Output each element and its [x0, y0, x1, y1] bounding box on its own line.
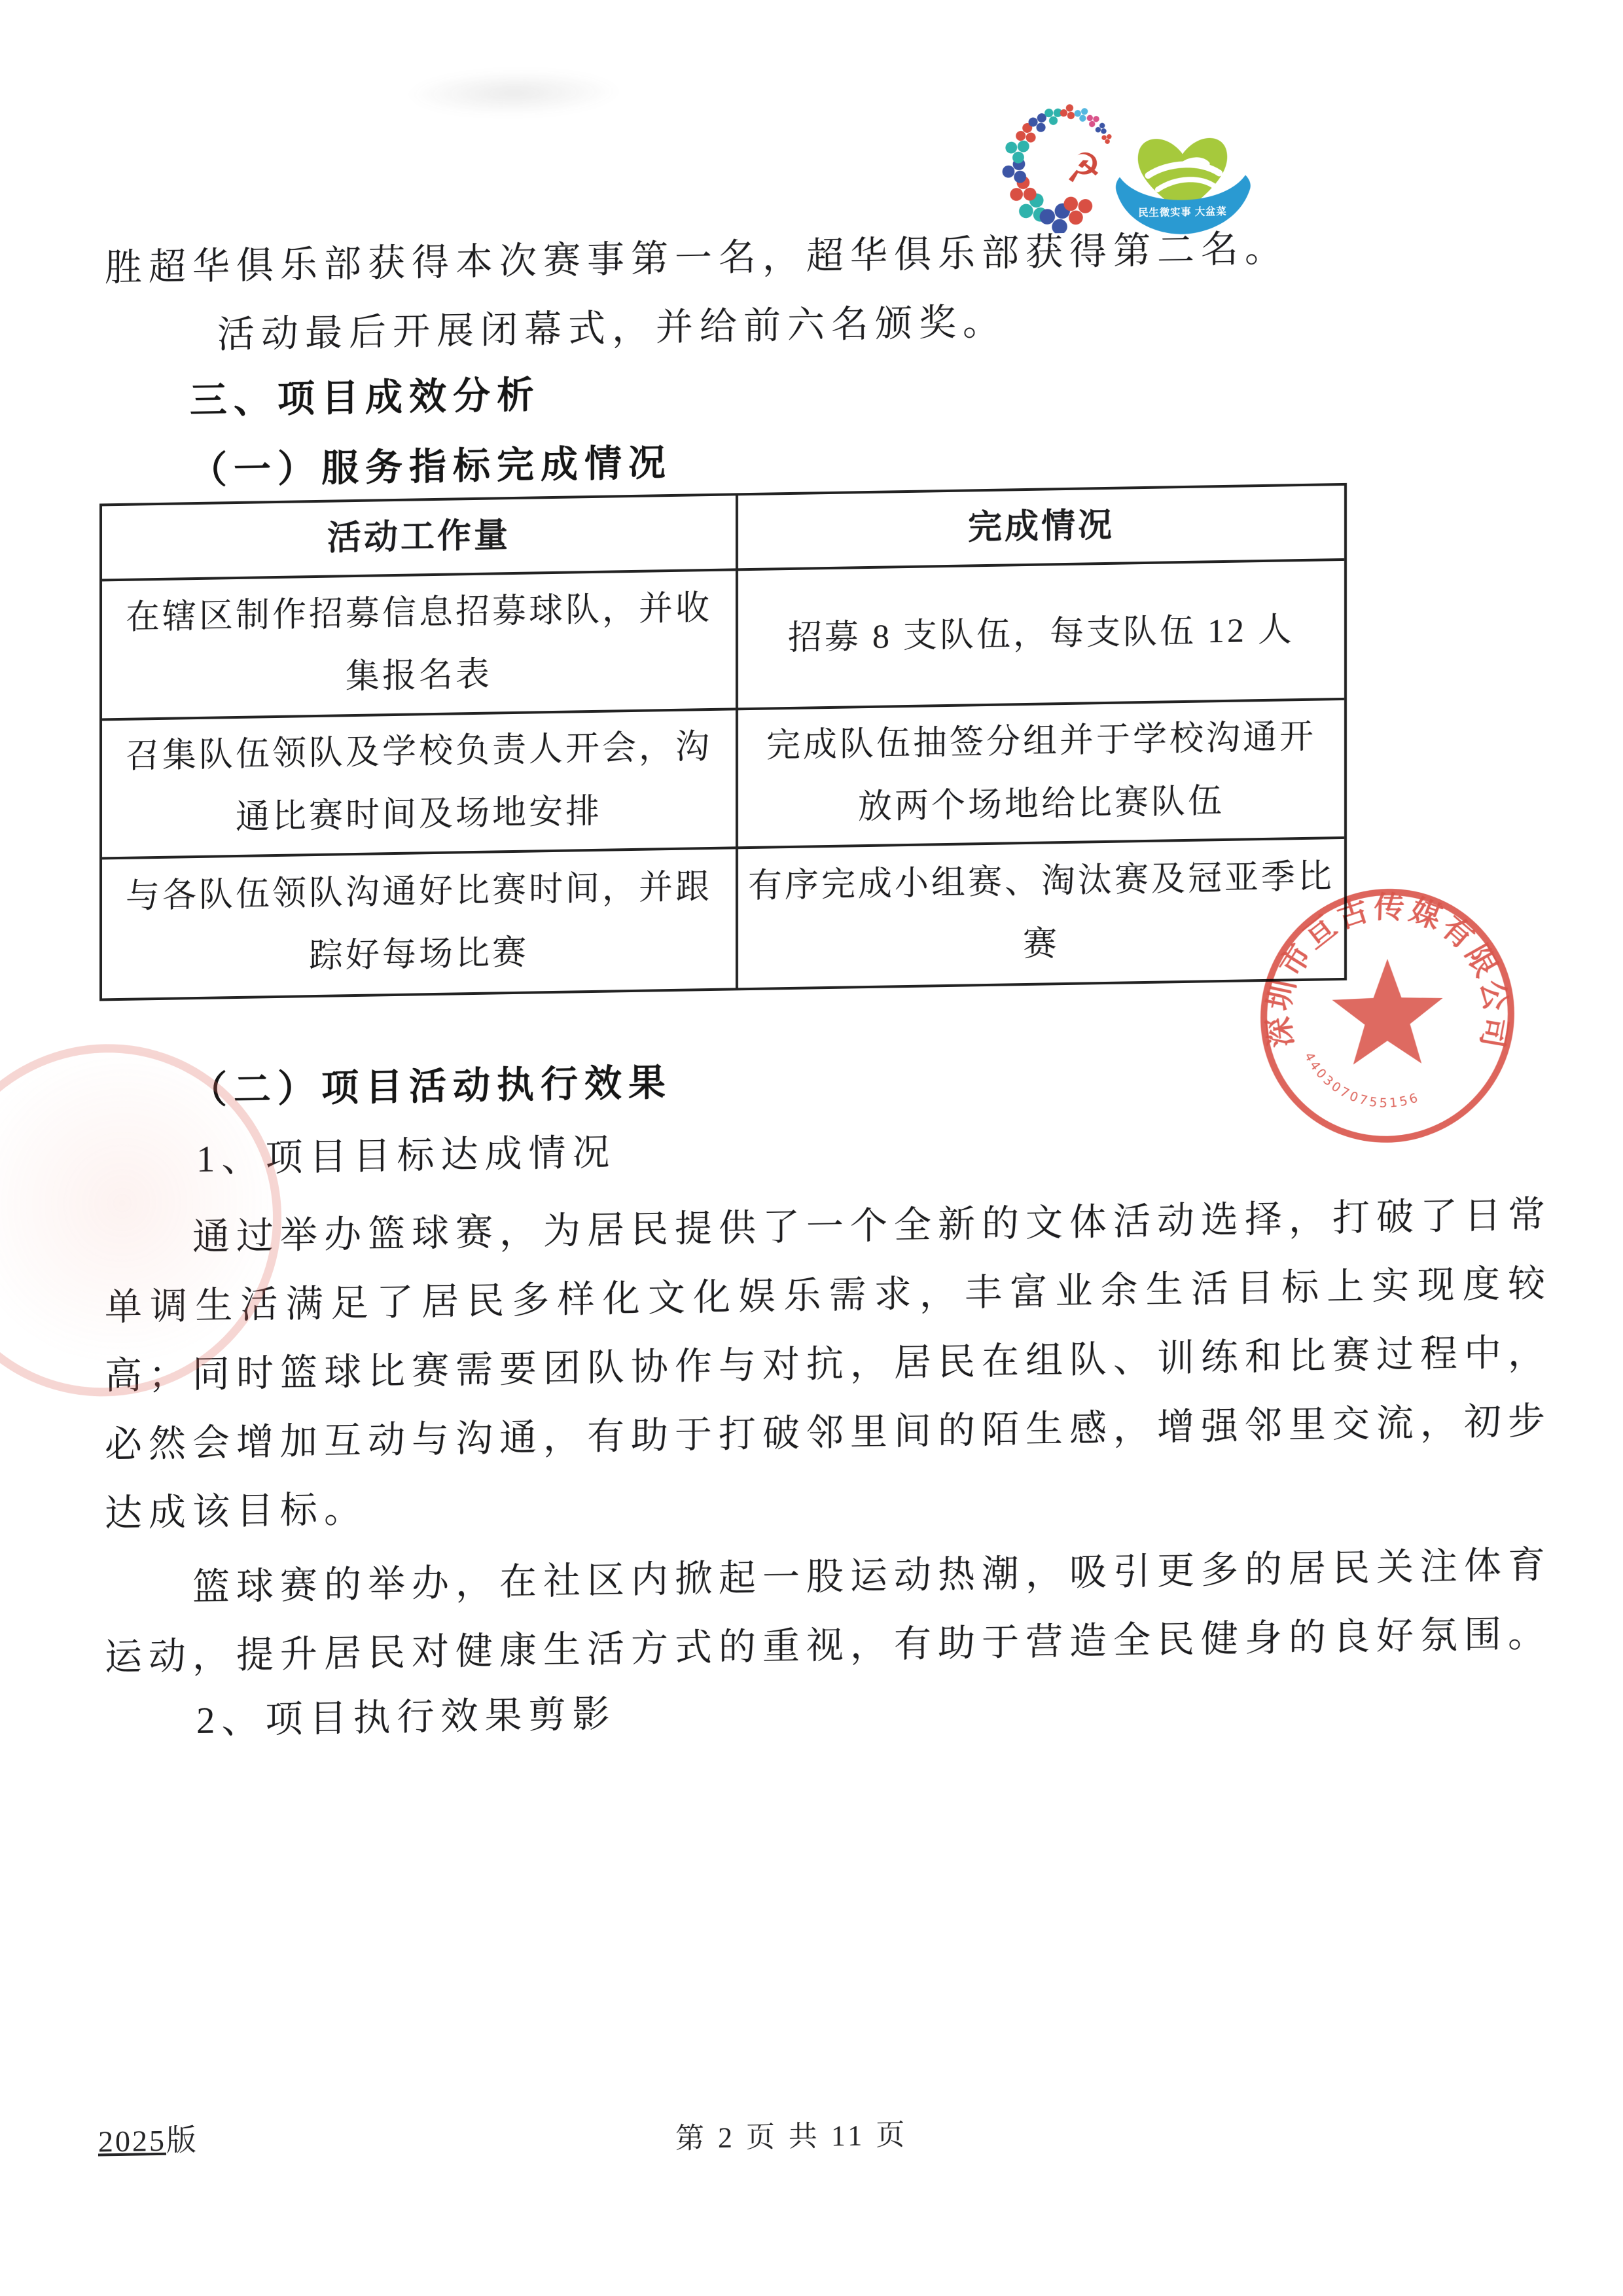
subheading-2: 2、项目执行效果剪影 — [105, 1683, 616, 1746]
official-stamp: 深圳市亘古传媒有限公司 4403070755156 — [1255, 881, 1520, 1150]
hammer-sickle-icon: ☭ — [1065, 144, 1102, 192]
document-page: ☭ 民生微实事 大盆菜 胜超华俱乐部获得本次赛事第一名，超华俱乐部获得第二名。 … — [0, 0, 1623, 2296]
paragraph-community-effect: 篮球赛的举办，在社区内掀起一股运动热潮，吸引更多的居民关注体育运动，提升居民对健… — [105, 1531, 1552, 1693]
service-indicator-table: 活动工作量 完成情况 在辖区制作招募信息招募球队，并收 集报名表 招募 8 支队… — [99, 483, 1347, 1001]
party-community-logo: ☭ — [997, 101, 1120, 234]
scanned-sheet: ☭ 民生微实事 大盆菜 胜超华俱乐部获得本次赛事第一名，超华俱乐部获得第二名。 … — [0, 0, 1623, 2296]
footer-page-number: 第 2 页 共 11 页 — [675, 2111, 908, 2157]
stamp-star-icon — [1332, 958, 1442, 1066]
intro-line-2: 活动最后开展闭幕式，并给前六名颁奖。 — [105, 291, 1007, 360]
paragraph-goal-achievement: 通过举办篮球赛，为居民提供了一个全新的文体活动选择，打破了日常单调生活满足了居民… — [105, 1181, 1552, 1549]
heading-section-3: 三、项目成效分析 — [105, 365, 541, 425]
table-header-completion: 完成情况 — [736, 486, 1344, 568]
heading-sub-1: （一）服务指标完成情况 — [105, 433, 672, 495]
footer-edition: 2025版 — [98, 2116, 198, 2161]
intro-line-1: 胜超华俱乐部获得本次赛事第一名，超华俱乐部获得第二名。 — [105, 218, 1289, 291]
table-header-workload: 活动工作量 — [102, 495, 736, 579]
footer-edition-suffix: 版 — [166, 2123, 198, 2157]
table-row1-left: 在辖区制作招募信息招募球队，并收 集报名表 — [102, 568, 736, 718]
minsheng-logo-text: 民生微实事 大盆菜 — [1138, 205, 1226, 219]
table-row1-right: 招募 8 支队伍，每支队伍 12 人 — [736, 558, 1344, 708]
table-row3-left: 与各队伍领队沟通好比赛时间，并跟 踪好每场比赛 — [102, 846, 736, 998]
table-row3-right: 有序完成小组赛、淘汰赛及冠亚季比 赛 — [736, 836, 1344, 988]
table-row2-right: 完成队伍抽签分组并于学校沟通开 放两个场地给比赛队伍 — [736, 698, 1344, 846]
scan-smudge — [406, 68, 622, 117]
table-row2-left: 召集队伍领队及学校负责人开会，沟 通比赛时间及场地安排 — [102, 708, 736, 857]
footer-edition-year: 2025 — [98, 2124, 166, 2159]
